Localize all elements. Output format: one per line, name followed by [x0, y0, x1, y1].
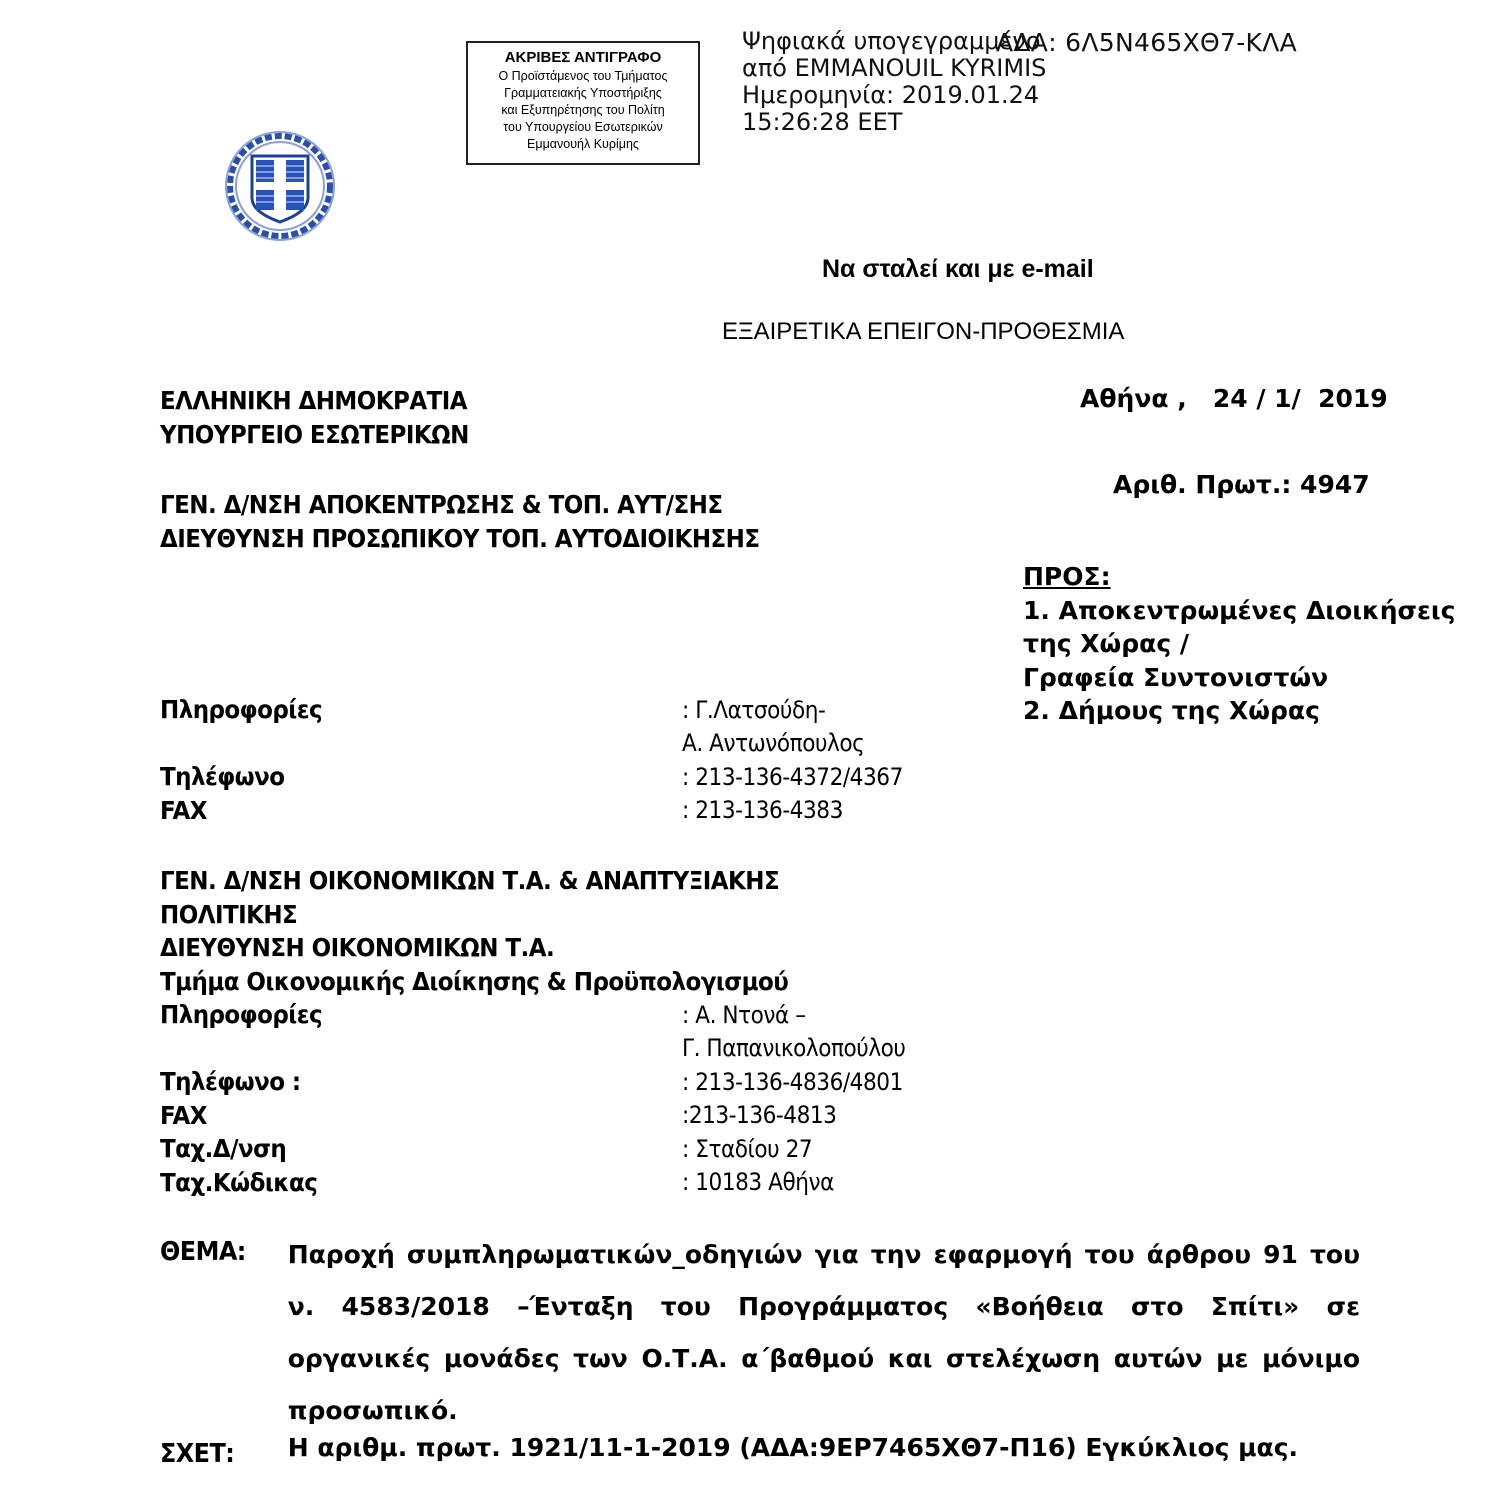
issuer-header: ΕΛΛΗΝΙΚΗ ΔΗΜΟΚΡΑΤΙΑ ΥΠΟΥΡΓΕΙΟ ΕΣΩΤΕΡΙΚΩΝ…	[160, 384, 760, 556]
contact-label: Ταχ.Δ/νση	[160, 1134, 640, 1163]
directorate: ΔΙΕΥΘΥΝΣΗ ΠΡΟΣΩΠΙΚΟΥ ΤΟΠ. ΑΥΤΟΔΙΟΙΚΗΣΗΣ	[160, 522, 760, 556]
contact-label: FAX	[160, 1101, 640, 1130]
recipients-label: ΠΡΟΣ:	[1023, 560, 1455, 594]
stamp-line: Ο Προϊστάμενος του Τμήματος	[468, 68, 698, 85]
document-date: Αθήνα , 24 / 1/ 2019	[1080, 384, 1388, 413]
signature-time: 15:26:28 EET	[742, 109, 1046, 136]
signature-signer: από EMMANOUIL KYRIMIS	[742, 55, 1046, 82]
contact-value: : 213-136-4836/4801	[682, 1068, 903, 1096]
contact-value: : 10183 Αθήνα	[682, 1168, 834, 1196]
finance-directorate-header: ΓΕΝ. Δ/ΝΣΗ ΟΙΚΟΝΟΜΙΚΩΝ Τ.Α. & ΑΝΑΠΤΥΞΙΑΚ…	[160, 864, 788, 998]
email-note: Να σταλεί και με e-mail	[822, 255, 1094, 284]
contact-label: Τηλέφωνο :	[160, 1067, 640, 1096]
contact-label: FAX	[160, 796, 640, 825]
org-line: ΠΟΛΙΤΙΚΗΣ	[160, 898, 788, 932]
contact-row: Ταχ.Δ/νση : Σταδίου 27	[160, 1132, 930, 1166]
ministry-name: ΥΠΟΥΡΓΕΙΟ ΕΣΩΤΕΡΙΚΩΝ	[160, 418, 760, 452]
contact-value: : Γ.Λατσούδη-	[682, 696, 825, 724]
contact-row: Ταχ.Κώδικας : 10183 Αθήνα	[160, 1166, 930, 1200]
stamp-line: Γραμματειακής Υποστήριξης	[468, 85, 698, 102]
protocol-number: Αριθ. Πρωτ.: 4947	[1113, 470, 1370, 499]
contact-label: Τηλέφωνο	[160, 762, 640, 791]
directorate-general: ΓΕΝ. Δ/ΝΣΗ ΑΠΟΚΕΝΤΡΩΣΗΣ & ΤΟΠ. ΑΥΤ/ΣΗΣ	[160, 488, 760, 522]
recipient-line: της Χώρας /	[1023, 627, 1455, 661]
recipient-line: 1. Αποκεντρωμένες Διοικήσεις	[1023, 594, 1455, 628]
subject-row: ΘΕΜΑ: Παροχή συμπληρωματικών_οδηγιών για…	[160, 1237, 1360, 1437]
reference-row: ΣΧΕΤ: Η αριθμ. πρωτ. 1921/11-1-2019 (ΑΔΑ…	[160, 1439, 1360, 1469]
reference-label: ΣΧΕΤ:	[160, 1439, 277, 1469]
subject-section: ΘΕΜΑ: Παροχή συμπληρωματικών_οδηγιών για…	[160, 1237, 1360, 1469]
contact-value: Γ. Παπανικολοπούλου	[682, 1034, 905, 1062]
reference-text: Η αριθμ. πρωτ. 1921/11-1-2019 (ΑΔΑ:9ΕΡ74…	[288, 1431, 1360, 1469]
ada-code: ΑΔΑ: 6Λ5Ν465ΧΘ7-ΚΛΑ	[996, 28, 1297, 57]
subject-label: ΘΕΜΑ:	[160, 1237, 277, 1437]
contact-label: Πληροφορίες	[160, 1000, 640, 1029]
contact-value: : Σταδίου 27	[682, 1135, 812, 1163]
contact-row: Τηλέφωνο : : 213-136-4836/4801	[160, 1065, 930, 1099]
contact-value: Α. Αντωνόπουλος	[682, 729, 864, 757]
org-line: ΓΕΝ. Δ/ΝΣΗ ΟΙΚΟΝΟΜΙΚΩΝ Τ.Α. & ΑΝΑΠΤΥΞΙΑΚ…	[160, 864, 788, 898]
org-line: ΔΙΕΥΘΥΝΣΗ ΟΙΚΟΝΟΜΙΚΩΝ Τ.Α.	[160, 931, 788, 965]
contact-row: Πληροφορίες : Α. Ντονά –	[160, 998, 930, 1032]
stamp-line: και Εξυπηρέτησης του Πολίτη	[468, 102, 698, 119]
urgent-deadline-note: ΕΞΑΙΡΕΤΙΚΑ ΕΠΕΙΓΟΝ-ΠΡΟΘΕΣΜΙΑ	[722, 318, 1124, 346]
contact-label: Πληροφορίες	[160, 695, 640, 724]
contact-row: Α. Αντωνόπουλος	[160, 727, 927, 761]
stamp-line: Εμμανουήλ Κυρίμης	[468, 136, 698, 153]
contact-value: : 213-136-4383	[682, 796, 843, 824]
contact-value: : Α. Ντονά –	[682, 1001, 806, 1029]
signature-date: Ημερομηνία: 2019.01.24	[742, 82, 1046, 109]
contact-info-personnel: Πληροφορίες : Γ.Λατσούδη- Α. Αντωνόπουλο…	[160, 693, 927, 827]
contact-row: Γ. Παπανικολοπούλου	[160, 1032, 930, 1066]
contact-row: FAX :213-136-4813	[160, 1099, 930, 1133]
contact-label: Ταχ.Κώδικας	[160, 1168, 640, 1197]
org-line: Τμήμα Οικονομικής Διοίκησης & Προϋπολογι…	[160, 965, 788, 999]
republic-name: ΕΛΛΗΝΙΚΗ ΔΗΜΟΚΡΑΤΙΑ	[160, 384, 760, 418]
recipient-line: Γραφεία Συντονιστών	[1023, 661, 1455, 695]
contact-value: :213-136-4813	[682, 1101, 836, 1129]
contact-row: FAX : 213-136-4383	[160, 794, 927, 828]
recipients: ΠΡΟΣ: 1. Αποκεντρωμένες Διοικήσεις της Χ…	[1023, 560, 1455, 728]
stamp-line: του Υπουργείου Εσωτερικών	[468, 119, 698, 136]
stamp-title: ΑΚΡΙΒΕΣ ΑΝΤΙΓΡΑΦΟ	[468, 49, 698, 67]
contact-row: Τηλέφωνο : 213-136-4372/4367	[160, 760, 927, 794]
contact-info-finance: Πληροφορίες : Α. Ντονά – Γ. Παπανικολοπο…	[160, 998, 930, 1199]
subject-text: Παροχή συμπληρωματικών_οδηγιών για την ε…	[288, 1229, 1360, 1437]
certified-copy-stamp: ΑΚΡΙΒΕΣ ΑΝΤΙΓΡΑΦΟ Ο Προϊστάμενος του Τμή…	[466, 41, 700, 165]
recipient-line: 2. Δήμους της Χώρας	[1023, 694, 1455, 728]
contact-value: : 213-136-4372/4367	[682, 763, 903, 791]
contact-row: Πληροφορίες : Γ.Λατσούδη-	[160, 693, 927, 727]
greek-coat-of-arms-icon	[222, 128, 338, 244]
